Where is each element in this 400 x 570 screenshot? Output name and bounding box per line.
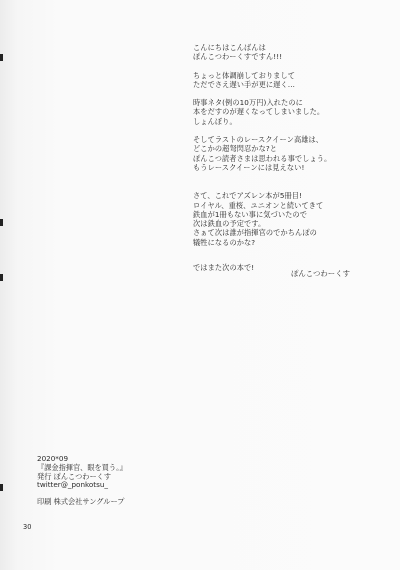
afterword-paragraph: ちょっと体調崩しておりまして ただでさえ遅い手が更に遅く… [193,71,393,90]
binding-mark [0,54,3,61]
colophon: 2020*09 『課金指揮官、眼を買う。』 発行 ぽんこつわーくす twitte… [37,455,127,507]
afterword-paragraph: さて、これでアズレン本が5冊目! ロイヤル、重桜、ユニオンと続いてきて 鉄血が1… [193,191,393,247]
text-line: さて、これでアズレン本が5冊目! [193,191,393,200]
page-number: 30 [23,523,31,531]
text-line: ちょっと体調崩しておりまして [193,71,393,80]
author-signature: ぽんこつわーくす [291,268,350,279]
text-line: 本をだすのが遅くなってしまいました。 [193,107,393,116]
text-line: 犠牲になるのかな? [193,238,393,247]
text-line: ただでさえ遅い手が更に遅く… [193,80,393,89]
afterword-paragraph: こんにちはこんばんは ぽんこつわーくすですん!!! [193,43,393,62]
text-line: ぽんこつわーくすですん!!! [193,52,393,61]
text-line: ロイヤル、重桜、ユニオンと続いてきて [193,201,393,210]
binding-mark [0,274,3,281]
afterword-text: こんにちはこんばんは ぽんこつわーくすですん!!! ちょっと体調崩しておりまして… [193,43,393,281]
colophon-printer: 印刷 株式会社サングループ [37,498,127,507]
afterword-paragraph: そしてラストのレースクイーン高雄は、 どこかの超弩閃忍かな?と ぽんこつ読者さま… [193,135,393,172]
text-line: ぽんこつ読者さまは思われる事でしょう。 [193,154,393,163]
text-line: 鉄血が1冊もない事に気づいたので [193,210,393,219]
binding-mark [0,219,3,226]
colophon-twitter: twitter@_ponkotsu_ [37,481,127,490]
text-line: そしてラストのレースクイーン高雄は、 [193,135,393,144]
afterword-paragraph: 時事ネタ(例の10万円)入れたのに 本をだすのが遅くなってしまいました。 しょん… [193,98,393,126]
text-line: もうレースクイーンには見えない! [193,163,393,172]
binding-mark [0,484,3,491]
text-line: 次は鉄血の予定です。 [193,219,393,228]
text-line: 時事ネタ(例の10万円)入れたのに [193,98,393,107]
book-page: こんにちはこんばんは ぽんこつわーくすですん!!! ちょっと体調崩しておりまして… [0,0,400,570]
text-line: どこかの超弩閃忍かな?と [193,144,393,153]
text-line: しょんぼり。 [193,117,393,126]
text-line: さぁて次は誰が指揮官のでかちんぽの [193,228,393,237]
text-line: こんにちはこんばんは [193,43,393,52]
